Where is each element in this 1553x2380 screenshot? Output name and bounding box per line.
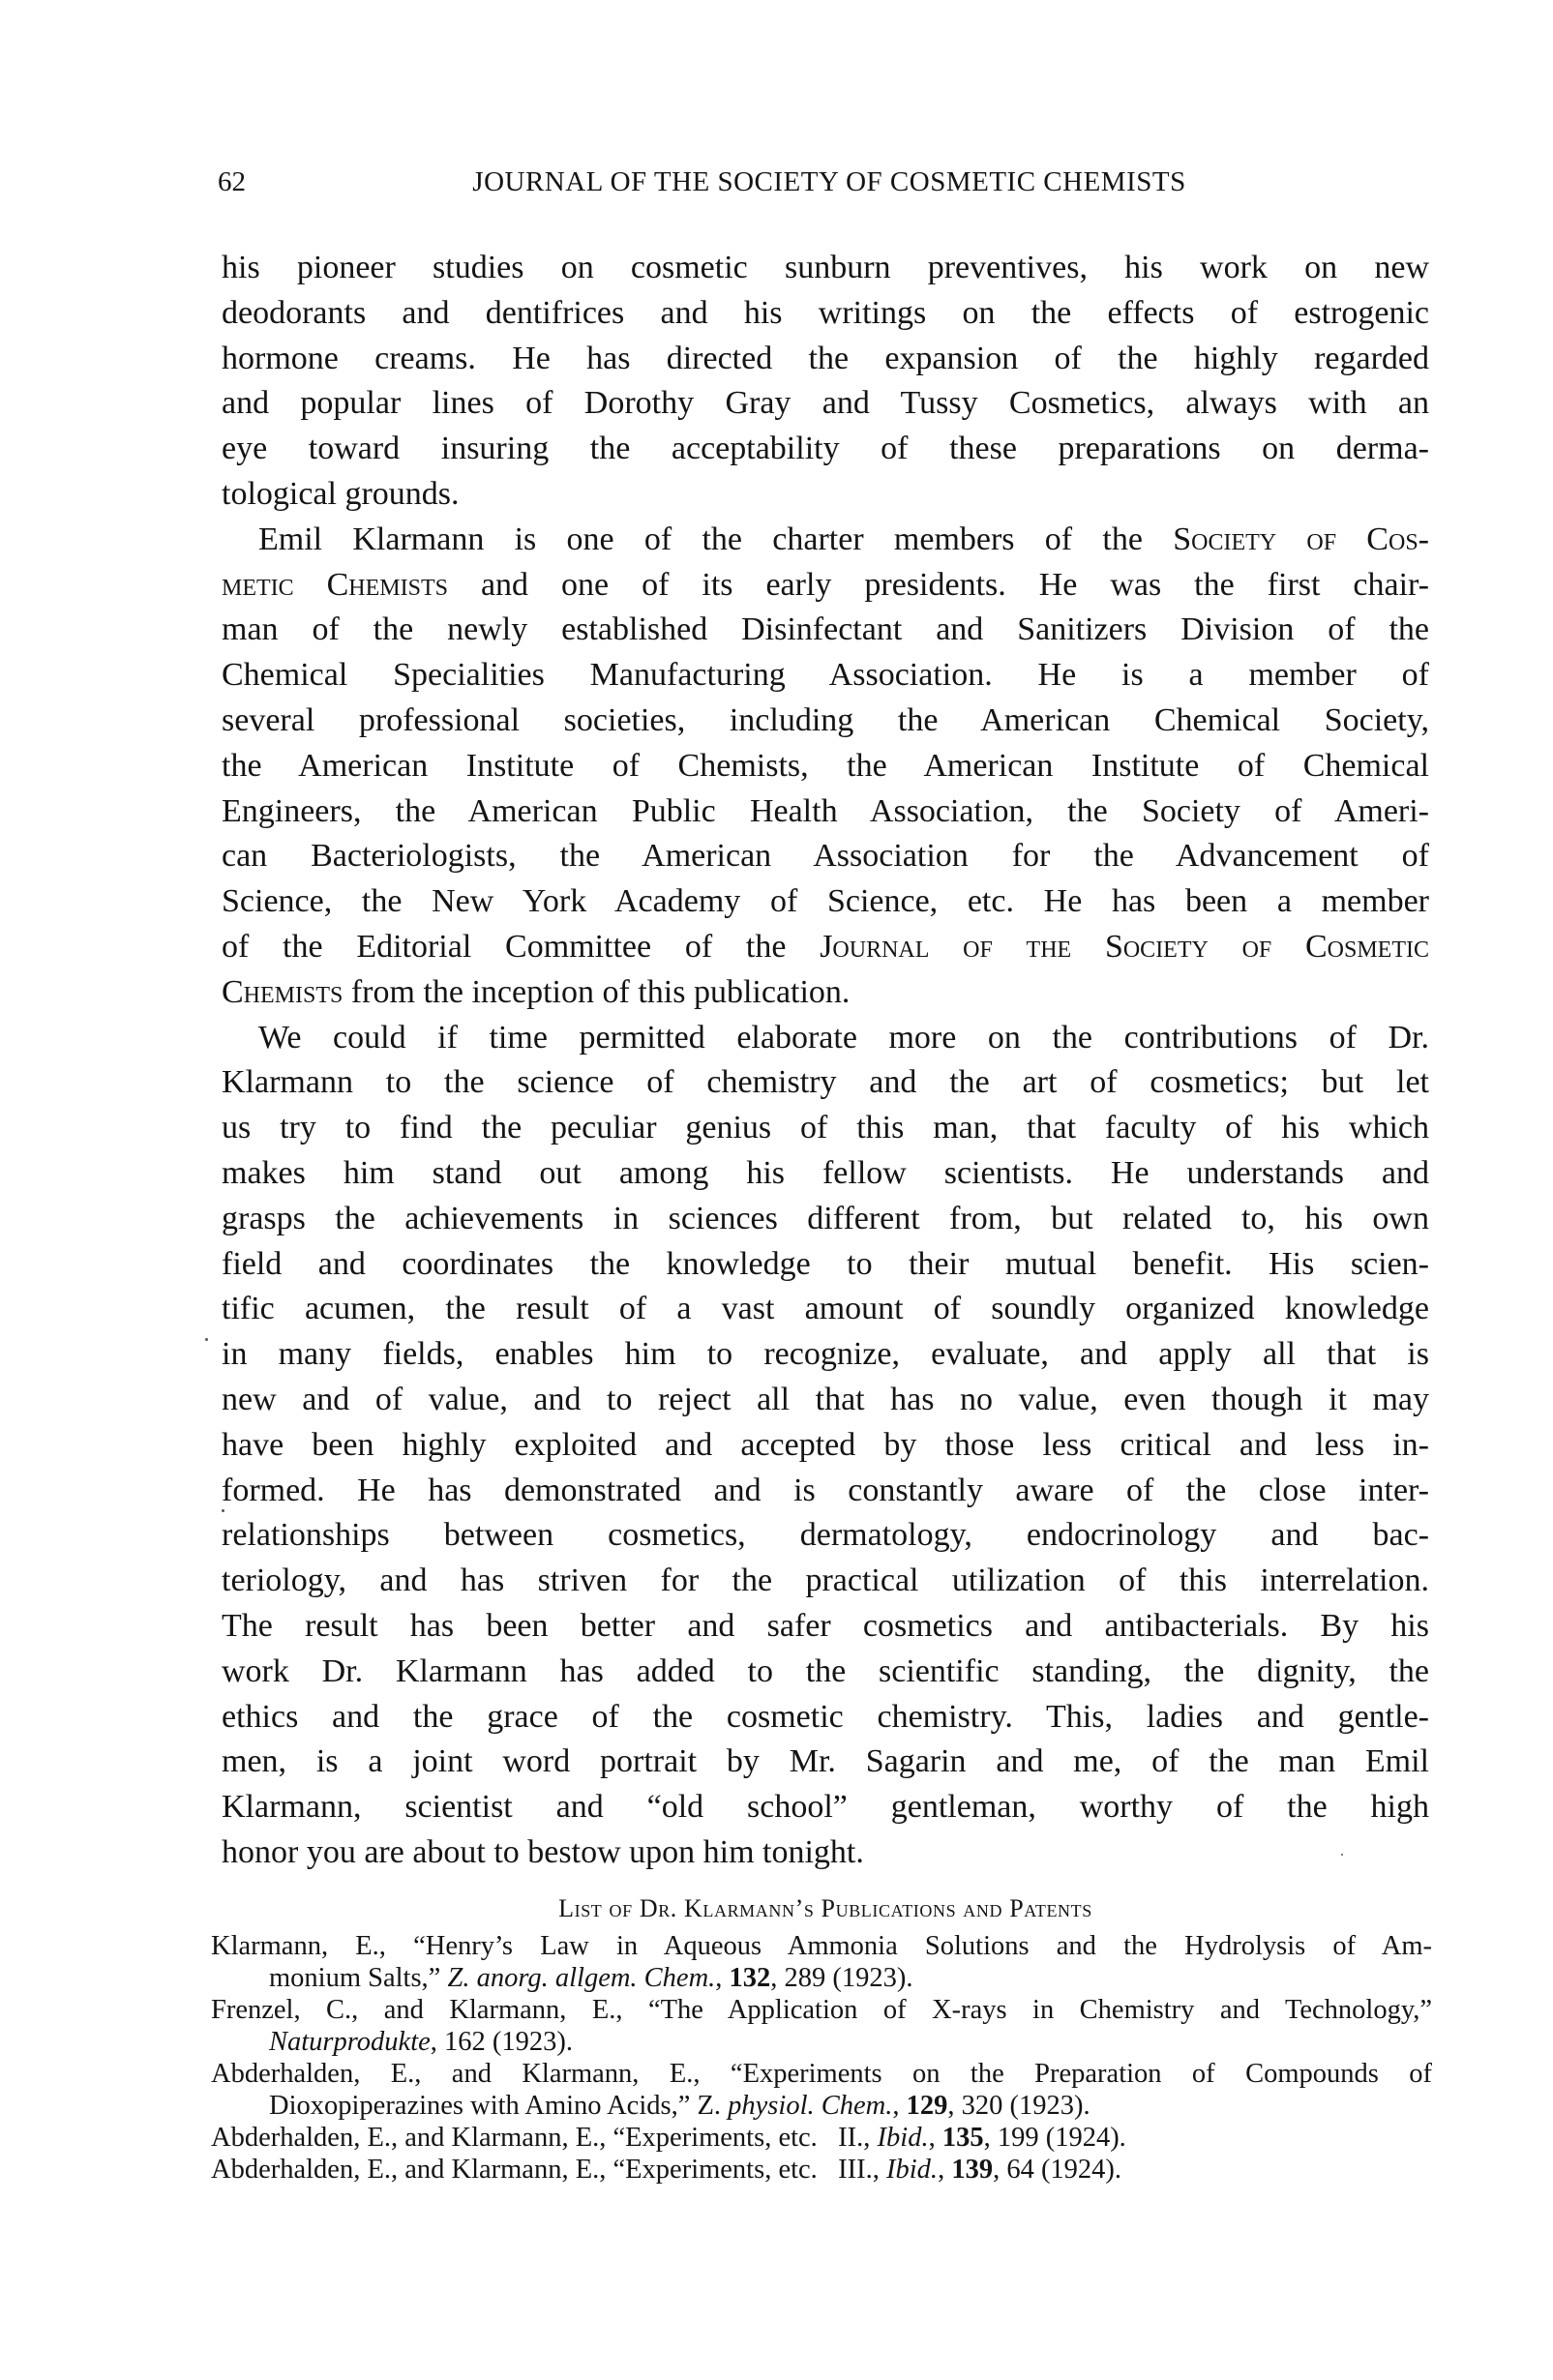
text-line: relationships between cosmetics, dermato… (222, 1513, 1429, 1559)
reference-line: Abderhalden, E., and Klarmann, E., “Expe… (211, 2154, 1432, 2186)
society-name-smallcaps: metic Chemists (222, 567, 448, 603)
text-segment: Emil Klarmann is one of the charter memb… (258, 521, 1173, 557)
text-line: work Dr. Klarmann has added to the scien… (222, 1650, 1429, 1695)
text-line: Emil Klarmann is one of the charter memb… (222, 518, 1429, 563)
text-line: man of the newly established Disinfectan… (222, 608, 1429, 653)
publication-entry: Abderhalden, E., and Klarmann, E., “Expe… (211, 2154, 1432, 2186)
reference-authors: Abderhalden, E., and Klarmann, E., (211, 2059, 701, 2089)
text-line: eye toward insuring the acceptability of… (222, 427, 1429, 472)
paragraph-1: his pioneer studies on cosmetic sunburn … (222, 246, 1429, 518)
reference-journal: Ibid. (886, 2155, 938, 2185)
reference-line: Klarmann, E., “Henry’s Law in Aqueous Am… (211, 1930, 1432, 1962)
reference-line: Dioxopiperazines with Amino Acids,” Z. p… (211, 2090, 1432, 2122)
scan-speck (205, 1338, 208, 1341)
reference-title: “Henry’s Law in Aqueous Ammonia Solution… (413, 1931, 1432, 1961)
reference-authors: Frenzel, C., and Klarmann, E., (211, 1995, 623, 2025)
text-line: ethics and the grace of the cosmetic che… (222, 1695, 1429, 1740)
text-line: and popular lines of Dorothy Gray and Tu… (222, 381, 1429, 427)
scan-speck (1341, 1854, 1343, 1856)
text-line: several professional societies, includin… (222, 699, 1429, 744)
reference-pages: 289 (785, 1963, 826, 1993)
reference-volume: 132 (730, 1963, 771, 1993)
text-line: Chemists from the inception of this publ… (222, 970, 1429, 1016)
reference-authors: Abderhalden, E., and Klarmann, E., (211, 2123, 606, 2153)
publication-entry: Abderhalden, E., and Klarmann, E., “Expe… (211, 2058, 1432, 2122)
text-line: metic Chemists and one of its early pres… (222, 563, 1429, 609)
text-line: field and coordinates the knowledge to t… (222, 1242, 1429, 1288)
text-line: formed. He has demonstrated and is const… (222, 1469, 1429, 1514)
reference-journal: Naturprodukte (269, 2027, 431, 2057)
text-line: of the Editorial Committee of the Journa… (222, 925, 1429, 970)
reference-volume: 135 (942, 2123, 984, 2153)
reference-year: (1924). (1041, 2155, 1121, 2185)
publication-entry: Frenzel, C., and Klarmann, E., “The Appl… (211, 1994, 1432, 2058)
reference-line: Abderhalden, E., and Klarmann, E., “Expe… (211, 2122, 1432, 2154)
publications-heading: List of Dr. Klarmann’s Publications and … (222, 1894, 1429, 1923)
reference-title: “The Application of X-rays in Chemistry … (648, 1995, 1432, 2025)
society-name-smallcaps: Society of Cos- (1173, 521, 1429, 557)
text-segment: from the inception of this publication. (343, 974, 850, 1010)
reference-title: “Experiments, etc. II., (613, 2123, 871, 2153)
text-line: his pioneer studies on cosmetic sunburn … (222, 246, 1429, 291)
reference-authors: Klarmann, E., (211, 1931, 386, 1961)
reference-volume: 139 (951, 2155, 993, 2185)
reference-journal: Ibid. (878, 2123, 929, 2153)
text-line: new and of value, and to reject all that… (222, 1378, 1429, 1423)
paragraph-2: Emil Klarmann is one of the charter memb… (222, 518, 1429, 1016)
text-segment: of the Editorial Committee of the (222, 929, 820, 965)
text-line: Klarmann to the science of chemistry and… (222, 1060, 1429, 1106)
text-line: makes him stand out among his fellow sci… (222, 1151, 1429, 1197)
publication-entry: Abderhalden, E., and Klarmann, E., “Expe… (211, 2122, 1432, 2154)
reference-line: monium Salts,” Z. anorg. allgem. Chem., … (211, 1962, 1432, 1994)
text-line: tological grounds. (222, 472, 1429, 518)
running-header: 62 JOURNAL OF THE SOCIETY OF COSMETIC CH… (0, 166, 1553, 205)
text-line: can Bacteriologists, the American Associ… (222, 834, 1429, 879)
reference-year: (1923). (832, 1963, 912, 1993)
text-line: Chemical Specialities Manufacturing Asso… (222, 653, 1429, 699)
reference-year: (1924). (1046, 2123, 1126, 2153)
reference-year: (1923). (1009, 2091, 1090, 2121)
reference-year: (1923). (493, 2027, 573, 2057)
reference-volume: 129 (907, 2091, 948, 2121)
reference-journal: Z. anorg. allgem. Chem. (447, 1963, 715, 1993)
text-line: tific acumen, the result of a vast amoun… (222, 1287, 1429, 1332)
text-line: us try to find the peculiar genius of th… (222, 1106, 1429, 1151)
reference-journal: physiol. Chem. (728, 2091, 892, 2121)
text-line: teriology, and has striven for the pract… (222, 1559, 1429, 1604)
reference-pages: 199 (998, 2123, 1039, 2153)
reference-journal-prefix: Z. (697, 2091, 721, 2121)
text-line: Science, the New York Academy of Science… (222, 879, 1429, 925)
journal-name-smallcaps: Chemists (222, 974, 343, 1010)
reference-line: Frenzel, C., and Klarmann, E., “The Appl… (211, 1994, 1432, 2026)
text-line: Klarmann, scientist and “old school” gen… (222, 1785, 1429, 1830)
article-body: his pioneer studies on cosmetic sunburn … (222, 246, 1429, 1876)
text-line: Engineers, the American Public Health As… (222, 789, 1429, 835)
scan-speck (222, 1509, 224, 1512)
reference-title: “Experiments, etc. III., (613, 2155, 880, 2185)
text-line: grasps the achievements in sciences diff… (222, 1197, 1429, 1242)
text-line: hormone creams. He has directed the expa… (222, 337, 1429, 382)
text-line: the American Institute of Chemists, the … (222, 744, 1429, 789)
reference-line: Naturprodukte, 162 (1923). (211, 2026, 1432, 2058)
reference-line: Abderhalden, E., and Klarmann, E., “Expe… (211, 2058, 1432, 2090)
reference-title: monium Salts,” (269, 1963, 440, 1993)
text-line: The result has been better and safer cos… (222, 1604, 1429, 1650)
text-line: men, is a joint word portrait by Mr. Sag… (222, 1740, 1429, 1785)
reference-pages: 320 (962, 2091, 1003, 2121)
text-line: have been highly exploited and accepted … (222, 1423, 1429, 1469)
text-line: honor you are about to bestow upon him t… (222, 1830, 1429, 1876)
reference-title: “Experiments on the Preparation of Compo… (731, 2059, 1432, 2089)
publications-list: Klarmann, E., “Henry’s Law in Aqueous Am… (211, 1930, 1432, 2186)
text-line: in many fields, enables him to recognize… (222, 1332, 1429, 1378)
publication-entry: Klarmann, E., “Henry’s Law in Aqueous Am… (211, 1930, 1432, 1994)
reference-authors: Abderhalden, E., and Klarmann, E., (211, 2155, 606, 2185)
reference-title: Dioxopiperazines with Amino Acids,” (269, 2091, 690, 2121)
reference-pages: 162 (444, 2027, 486, 2057)
text-line: deodorants and dentifrices and his writi… (222, 291, 1429, 337)
text-line: We could if time permitted elaborate mor… (222, 1016, 1429, 1061)
reference-pages: 64 (1006, 2155, 1034, 2185)
journal-name-smallcaps: Journal of the Society of Cosmetic (820, 929, 1429, 965)
journal-title: JOURNAL OF THE SOCIETY OF COSMETIC CHEMI… (0, 166, 1553, 198)
paragraph-3: We could if time permitted elaborate mor… (222, 1016, 1429, 1876)
text-segment: and one of its early presidents. He was … (448, 567, 1429, 603)
